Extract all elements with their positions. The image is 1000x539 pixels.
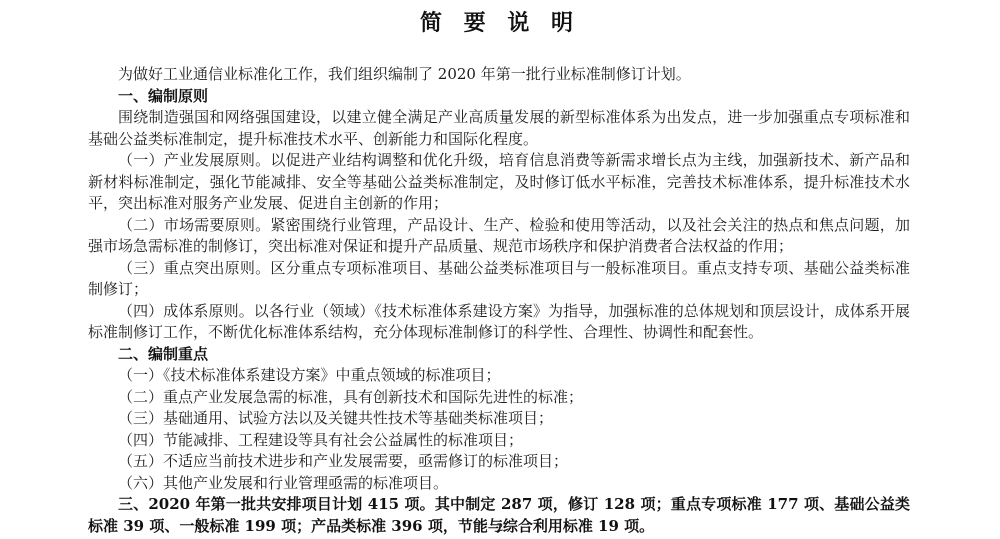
section-1-overview-paragraph: 围绕制造强国和网络强国建设，以建立健全满足产业高质量发展的新型标准体系为出发点，… <box>88 107 910 150</box>
principle-4-paragraph: （四）成体系原则。以各行业（领域）《技术标准体系建设方案》为指导，加强标准的总体… <box>88 301 910 344</box>
key-item-2-paragraph: （二）重点产业发展急需的标准，具有创新技术和国际先进性的标准； <box>88 387 910 409</box>
page-number: 2 <box>0 521 1000 534</box>
key-item-1-paragraph: （一）《技术标准体系建设方案》中重点领域的标准项目； <box>88 365 910 387</box>
key-item-6-paragraph: （六）其他产业发展和行业管理亟需的标准项目。 <box>88 473 910 495</box>
intro-paragraph: 为做好工业通信业标准化工作，我们组织编制了 2020 年第一批行业标准制修订计划… <box>88 64 910 86</box>
document-body: 为做好工业通信业标准化工作，我们组织编制了 2020 年第一批行业标准制修订计划… <box>88 64 910 537</box>
section-2-heading: 二、编制重点 <box>88 344 910 366</box>
key-item-5-paragraph: （五）不适应当前技术进步和产业发展需要，亟需修订的标准项目； <box>88 451 910 473</box>
document-title: 简 要 说 明 <box>0 6 1000 37</box>
key-item-3-paragraph: （三）基础通用、试验方法以及关键共性技术等基础类标准项目； <box>88 408 910 430</box>
principle-1-paragraph: （一）产业发展原则。以促进产业结构调整和优化升级，培育信息消费等新需求增长点为主… <box>88 150 910 215</box>
key-item-4-paragraph: （四）节能减排、工程建设等具有社会公益属性的标准项目； <box>88 430 910 452</box>
document-page: 简 要 说 明 为做好工业通信业标准化工作，我们组织编制了 2020 年第一批行… <box>0 0 1000 539</box>
section-1-heading: 一、编制原则 <box>88 86 910 108</box>
principle-2-paragraph: （二）市场需要原则。紧密围绕行业管理，产品设计、生产、检验和使用等活动，以及社会… <box>88 215 910 258</box>
principle-3-paragraph: （三）重点突出原则。区分重点专项标准项目、基础公益类标准项目与一般标准项目。重点… <box>88 258 910 301</box>
